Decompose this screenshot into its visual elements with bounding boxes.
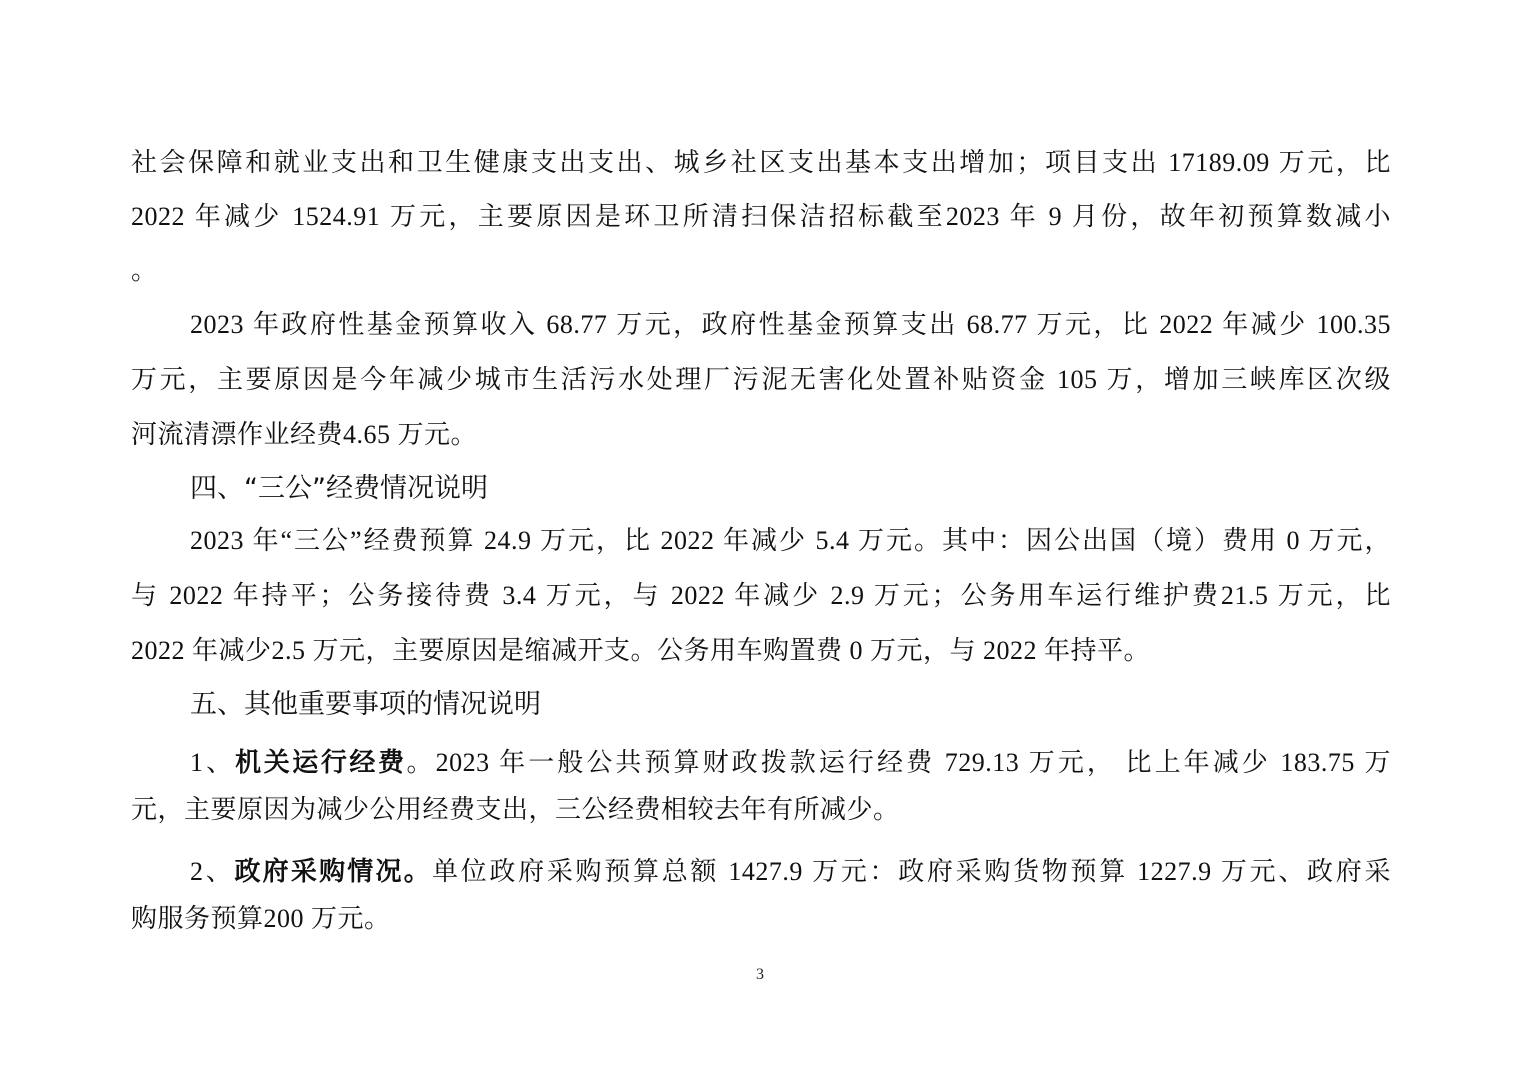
text-line: 2023 年“三公”经费预算 24.9 万元，比 2022 年减少 5.4 万元… — [190, 524, 1391, 558]
list-item-procurement: 2、政府采购情况。单位政府采购预算总额 1427.9 万元：政府采购货物预算 1… — [190, 855, 1391, 889]
item-title: 政府采购情况。 — [234, 857, 432, 887]
section-heading: 四、“三公”经费情况说明 — [190, 472, 488, 506]
document-page: 社会保障和就业支出和卫生健康支出支出、城乡社区支出基本支出增加；项目支出 171… — [0, 0, 1520, 1074]
item-text: 。2023 年一般公共预算财政拨款运行经费 729.13 万元， 比上年减少 1… — [407, 748, 1391, 777]
text-line: 2023 年政府性基金预算收入 68.77 万元，政府性基金预算支出 68.77… — [190, 308, 1391, 342]
item-number: 1、 — [190, 748, 235, 777]
text-line: 购服务预算200 万元。 — [131, 902, 1391, 936]
item-number: 2、 — [190, 857, 234, 886]
page-number: 3 — [0, 966, 1520, 984]
text-line: 元，主要原因为减少公用经费支出，三公经费相较去年有所减少。 — [131, 793, 1391, 827]
text-line: 社会保障和就业支出和卫生健康支出支出、城乡社区支出基本支出增加；项目支出 171… — [131, 146, 1391, 180]
list-item-operating-funds: 1、机关运行经费。2023 年一般公共预算财政拨款运行经费 729.13 万元，… — [190, 746, 1391, 780]
text-line: 河流清漂作业经费4.65 万元。 — [131, 418, 1391, 452]
text-line: 2022 年减少2.5 万元，主要原因是缩减开支。公务用车购置费 0 万元，与 … — [131, 634, 1391, 668]
text-line: 与 2022 年持平；公务接待费 3.4 万元，与 2022 年减少 2.9 万… — [131, 579, 1391, 613]
text-line: 万元，主要原因是今年减少城市生活污水处理厂污泥无害化处置补贴资金 105 万，增… — [131, 363, 1391, 397]
text-line: 2022 年减少 1524.91 万元，主要原因是环卫所清扫保洁招标截至2023… — [131, 200, 1391, 234]
text-line: 。 — [131, 254, 1391, 288]
section-heading: 五、其他重要事项的情况说明 — [190, 688, 541, 722]
item-text: 单位政府采购预算总额 1427.9 万元：政府采购货物预算 1227.9 万元、… — [432, 857, 1391, 886]
item-title: 机关运行经费 — [235, 748, 406, 778]
